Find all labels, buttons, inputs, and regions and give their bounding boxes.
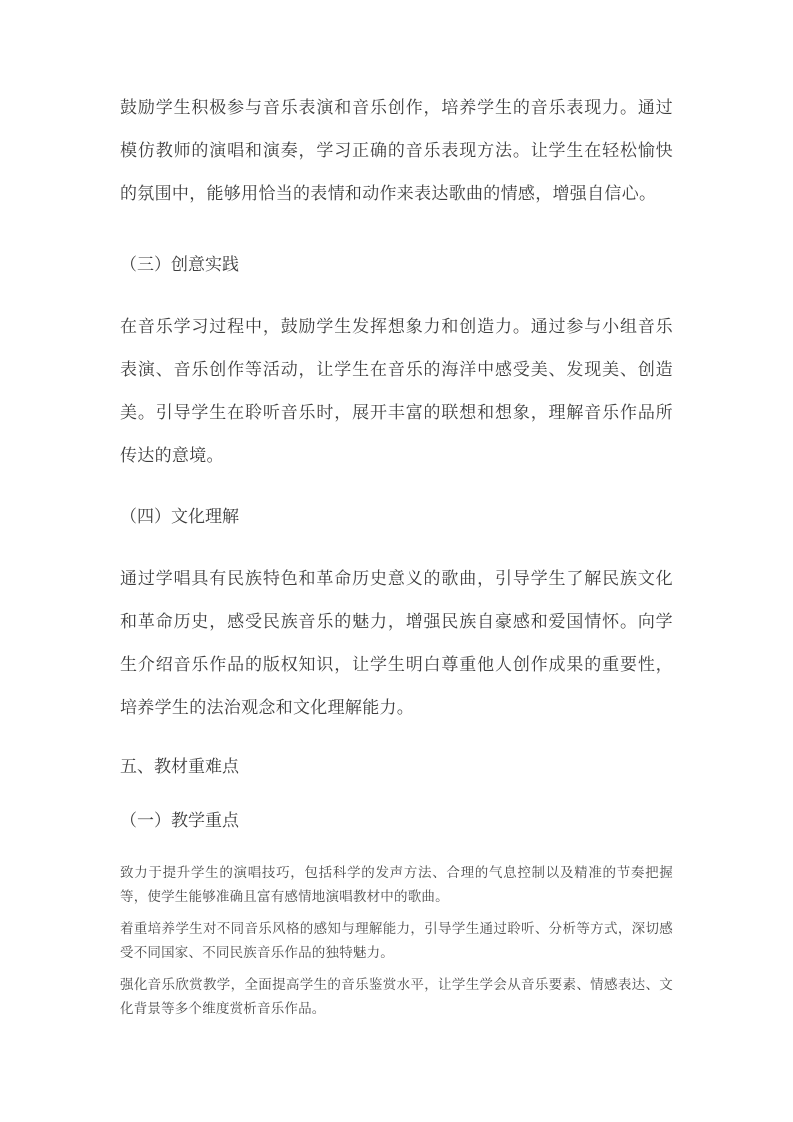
paragraph-singing-skills: 致力于提升学生的演唱技巧，包括科学的发声方法、合理的气息控制以及精准的节奏把握等… <box>120 861 673 909</box>
paragraph-performance-expression: 鼓励学生积极参与音乐表演和音乐创作，培养学生的音乐表现力。通过模仿教师的演唱和演… <box>120 86 673 215</box>
heading-textbook-key-difficult-points: 五、教材重难点 <box>120 753 673 781</box>
paragraph-creative-practice: 在音乐学习过程中，鼓励学生发挥想象力和创造力。通过参与小组音乐表演、音乐创作等活… <box>120 305 673 477</box>
heading-cultural-understanding: （四）文化理解 <box>120 503 673 531</box>
heading-creative-practice: （三）创意实践 <box>120 251 673 279</box>
paragraph-cultural-understanding: 通过学唱具有民族特色和革命历史意义的歌曲，引导学生了解民族文化和革命历史，感受民… <box>120 557 673 729</box>
paragraph-music-appreciation: 强化音乐欣赏教学，全面提高学生的音乐鉴赏水平，让学生学会从音乐要素、情感表达、文… <box>120 973 673 1021</box>
document-content: 鼓励学生积极参与音乐表演和音乐创作，培养学生的音乐表现力。通过模仿教师的演唱和演… <box>120 86 673 1021</box>
heading-teaching-key-points: （一）教学重点 <box>120 807 673 835</box>
paragraph-music-style-perception: 着重培养学生对不同音乐风格的感知与理解能力，引导学生通过聆听、分析等方式，深切感… <box>120 917 673 965</box>
document-page: 鼓励学生积极参与音乐表演和音乐创作，培养学生的音乐表现力。通过模仿教师的演唱和演… <box>0 0 793 1122</box>
